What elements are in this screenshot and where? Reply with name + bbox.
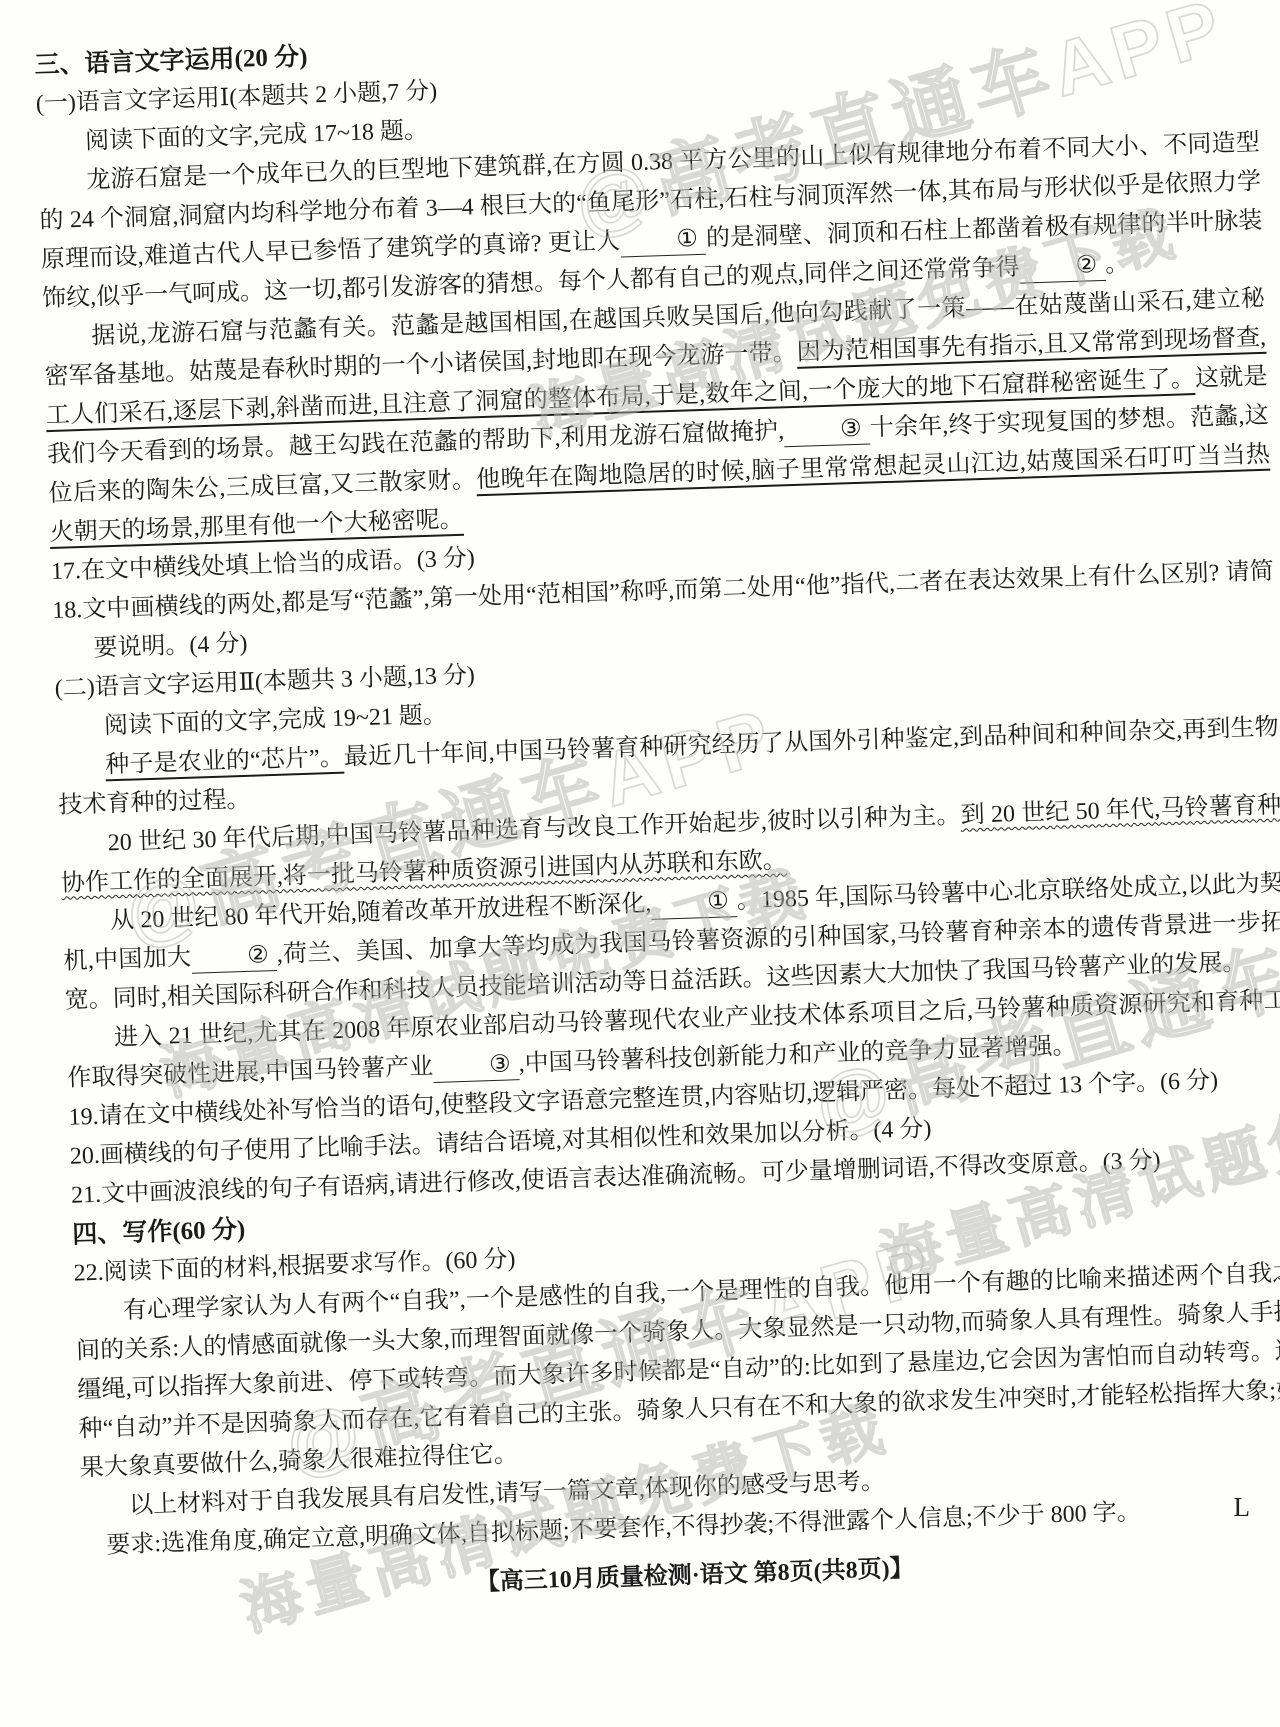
corner-mark: L (1234, 1492, 1251, 1523)
passage-text: 。 (1105, 251, 1130, 278)
fill-blank-5: ② (191, 943, 277, 974)
scanned-page-content: 三、语言文字运用(20 分) (一)语言文字运用Ⅰ(本题共 2 小题,7 分) … (34, 7, 1280, 1616)
passage1-paragraph2: 据说,龙游石窟与范蠡有关。范蠡是越国相国,在越国兵败吴国后,他向勾践献了一策——… (43, 280, 1272, 553)
fill-blank-3: ③ (784, 417, 870, 448)
fill-blank-4: ① (651, 889, 737, 920)
fill-blank-6: ③ (433, 1052, 519, 1083)
fill-blank-2: ② (1019, 253, 1105, 284)
underlined-metaphor-sentence: 种子是农业的“芯片”。 (105, 745, 344, 779)
essay-material: 有心理学家认为人有两个“自我”,一个是感性的自我,一个是理性的自我。他用一个有趣… (74, 1254, 1280, 1488)
exam-paper-page: { "wm": { "line1": "@高考直通车APP", "line2":… (0, 0, 1280, 1727)
fill-blank-1: ① (620, 227, 706, 258)
